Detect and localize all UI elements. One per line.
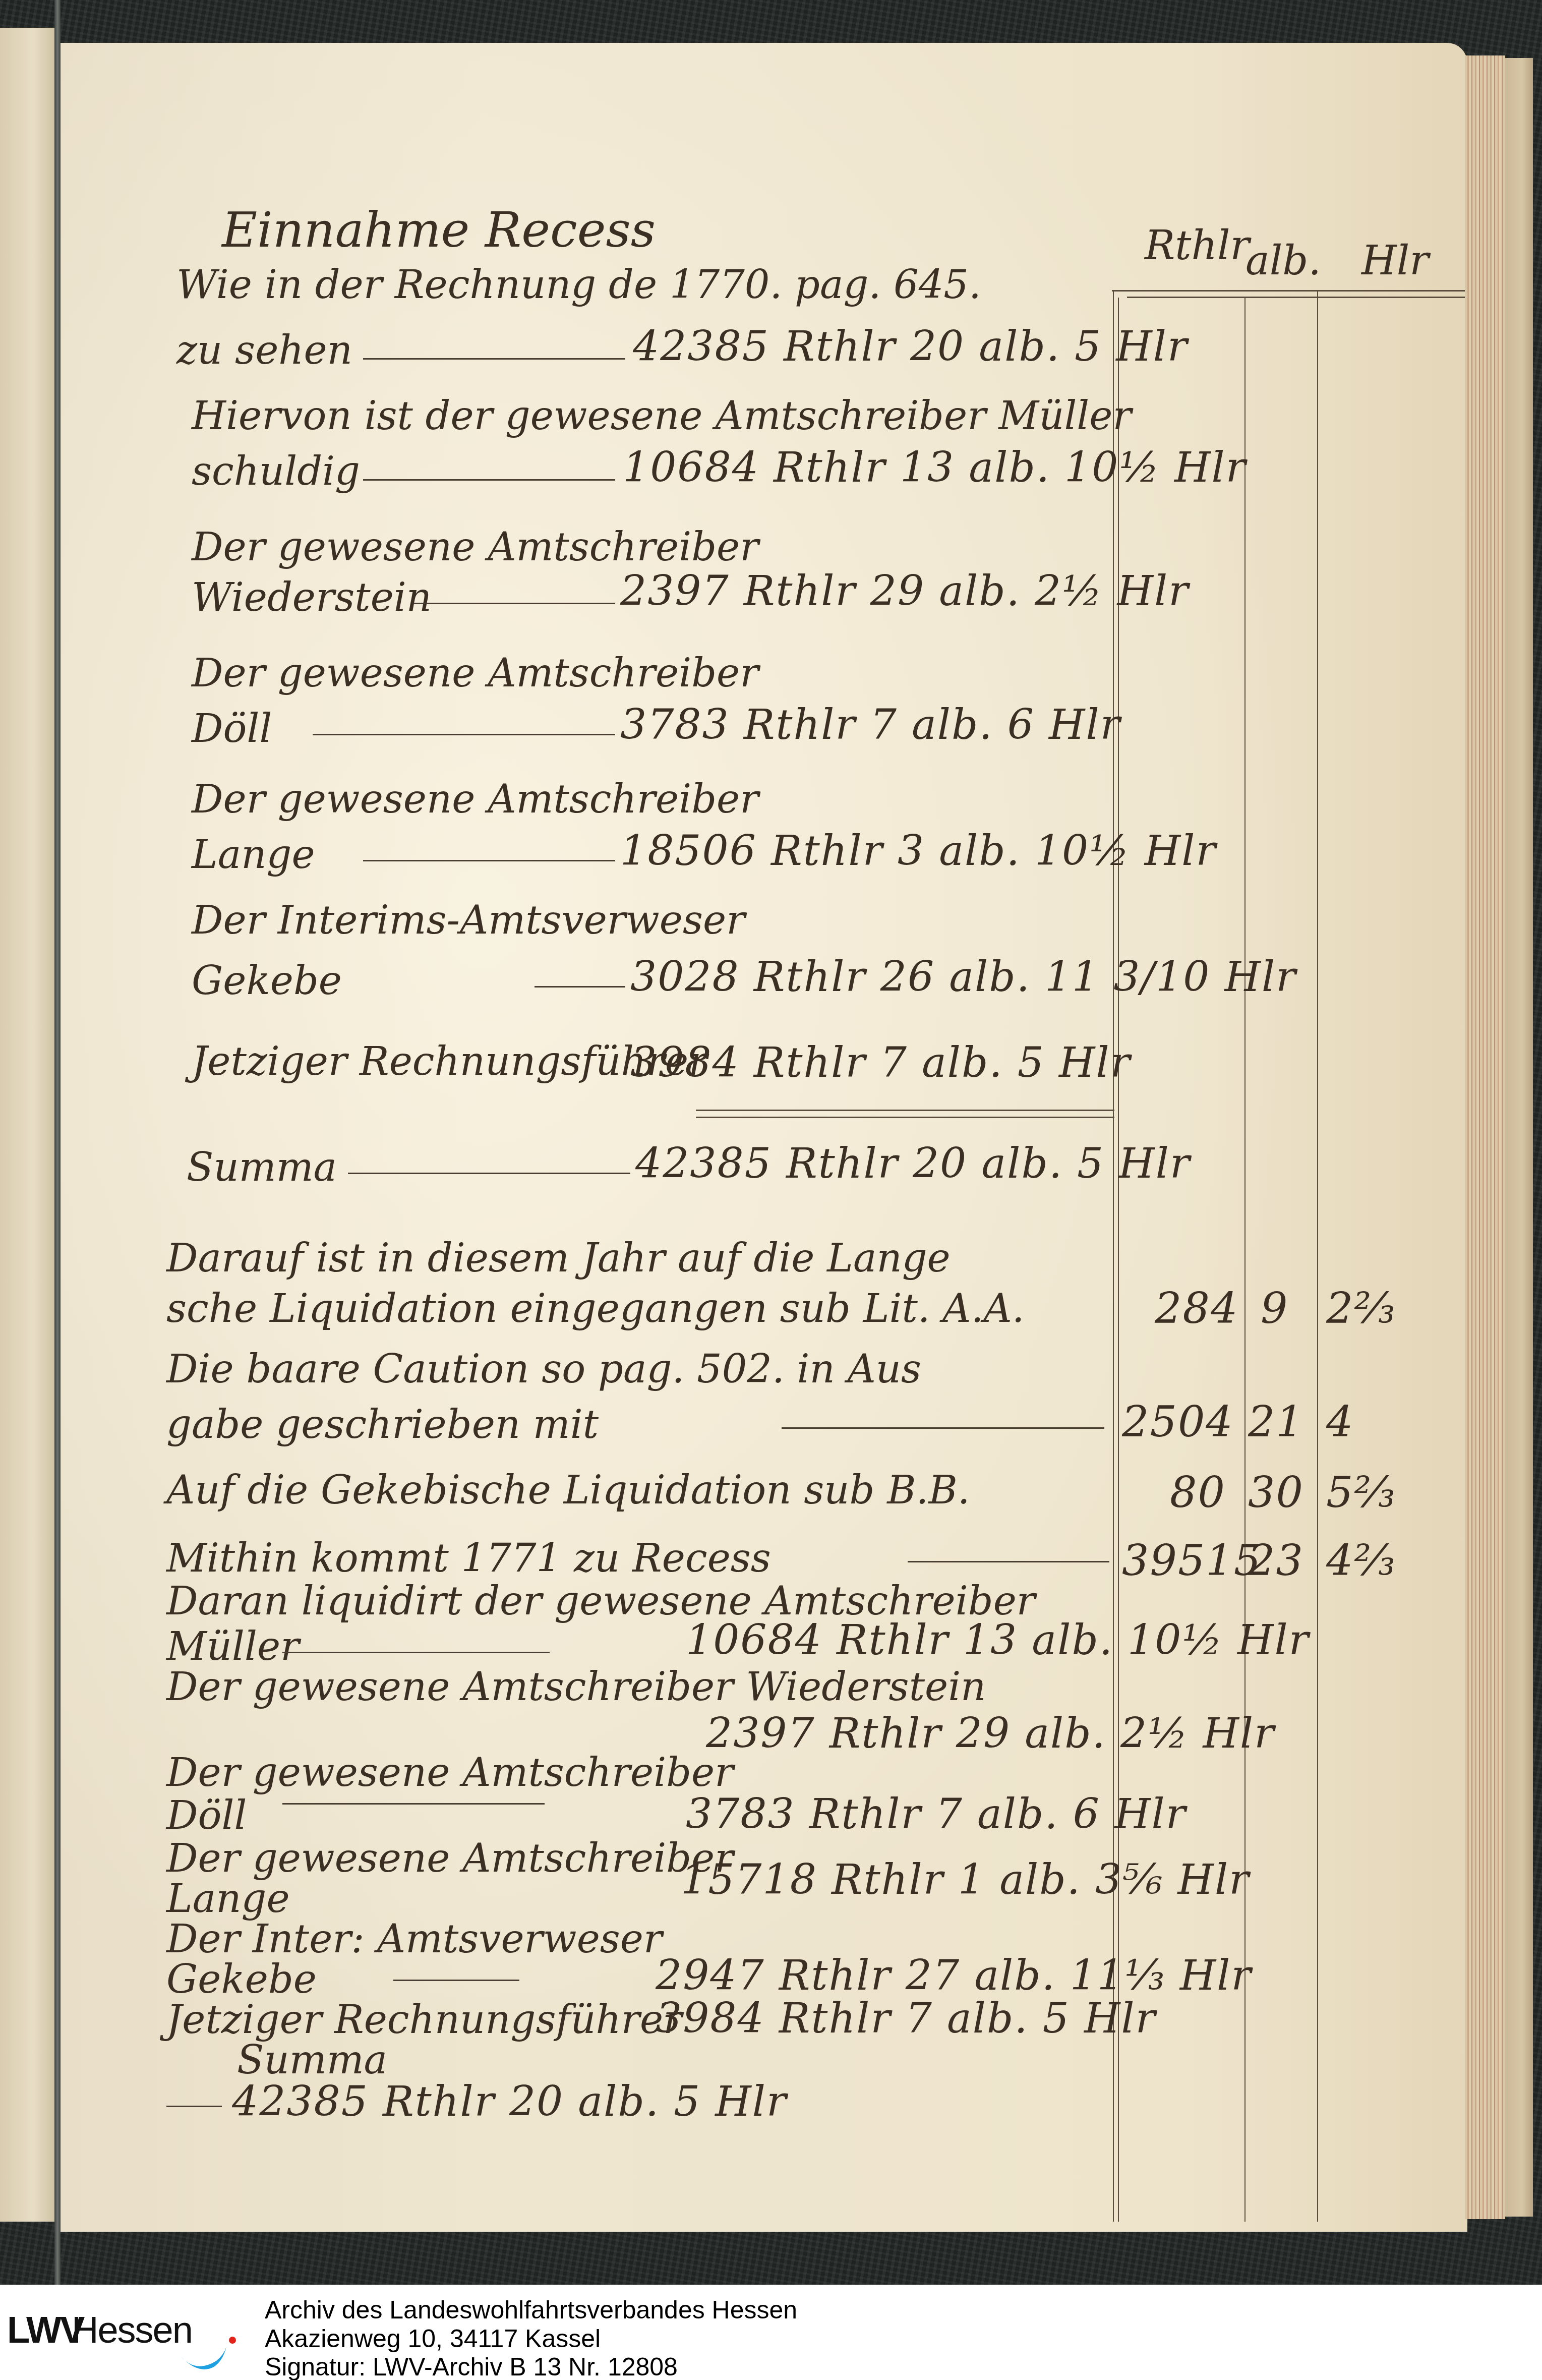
archive-address: Akazienweg 10, 34117 Kassel: [265, 2326, 601, 2351]
column-header-rthlr: Rthlr: [1145, 222, 1250, 269]
entry-amount: 3984 Rthlr 7 alb. 5 Hlr: [630, 1039, 1131, 1087]
rthlr-value: 80: [1170, 1468, 1226, 1517]
entry-amount: 3028 Rthlr 26 alb. 11 3/10 Hlr: [630, 953, 1296, 1001]
logo-red-dot-icon: [229, 2337, 236, 2344]
entry-text: schuldig: [192, 449, 360, 494]
logo-text-light: Hessen: [72, 2308, 192, 2351]
entry-text: Wie in der Rechnung de 1770. pag. 645.: [176, 262, 981, 308]
summa-label: Summa: [237, 2038, 387, 2083]
entry-amount: 3984 Rthlr 7 alb. 5 Hlr: [656, 1995, 1156, 2043]
leader-line: [282, 1652, 550, 1653]
entry-text: Der Interims-Amtsverweser: [192, 898, 745, 943]
rthlr-value: 39515: [1122, 1536, 1262, 1585]
leader-line: [363, 479, 615, 481]
archive-signature: Signatur: LWV-Archiv B 13 Nr. 12808: [265, 2354, 678, 2379]
leader-line: [393, 1980, 519, 1981]
entry-text: Der gewesene Amtschreiber: [192, 525, 759, 570]
column-rule-hlr: [1317, 290, 1318, 2222]
entry-text: Der Inter: Amtsverweser: [166, 1917, 662, 1962]
entry-text: Lange: [192, 832, 315, 878]
entry-amount: 2947 Rthlr 27 alb. 11⅓ Hlr: [656, 1952, 1252, 2000]
entry-text: Die baare Caution so pag. 502. in Aus: [166, 1347, 921, 1392]
logo-swoosh-icon: [179, 2346, 229, 2372]
leader-line: [166, 2106, 222, 2107]
entry-text: Müller: [166, 1624, 299, 1669]
entry-amount: 18506 Rthlr 3 alb. 10½ Hlr: [620, 827, 1217, 875]
entry-amount: 2397 Rthlr 29 alb. 2½ Hlr: [706, 1710, 1275, 1758]
entry-text: Lange: [166, 1876, 290, 1922]
entry-text: Der gewesene Amtschreiber: [192, 777, 759, 822]
leader-line: [363, 358, 625, 360]
leader-line: [282, 1803, 545, 1805]
lwv-hessen-logo: LWV Hessen: [7, 2297, 244, 2373]
leader-line: [782, 1427, 1104, 1429]
leader-line: [363, 860, 615, 861]
alb-value: 21: [1248, 1397, 1304, 1446]
entry-text: sche Liquidation eingegangen sub Lit. A.…: [166, 1286, 1025, 1331]
rthlr-value: 2504: [1122, 1397, 1234, 1446]
header-rule-2: [1127, 297, 1465, 298]
column-header-hlr: Hlr: [1361, 237, 1429, 284]
entry-text: Döll: [192, 706, 272, 751]
entry-text: Darauf ist in diesem Jahr auf die Lange: [166, 1236, 951, 1281]
header-rule: [1112, 290, 1465, 292]
alb-value: 23: [1248, 1536, 1304, 1585]
entry-text: Der gewesene Amtschreiber Wiederstein: [166, 1664, 986, 1710]
page-heading: Einnahme Recess: [222, 202, 656, 258]
entry-amount: 3783 Rthlr 7 alb. 6 Hlr: [620, 701, 1121, 749]
entry-text: Der gewesene Amtschreiber: [166, 1750, 734, 1795]
rthlr-value: 284: [1155, 1284, 1238, 1333]
leader-line: [908, 1561, 1109, 1562]
entry-amount: 10684 Rthlr 13 alb. 10½ Hlr: [686, 1616, 1310, 1664]
hlr-value: 4: [1326, 1397, 1354, 1446]
entry-text: Auf die Gekebische Liquidation sub B.B.: [166, 1468, 970, 1513]
alb-value: 30: [1248, 1468, 1304, 1517]
previous-page-edge: [0, 28, 55, 2222]
summa-amount: 42385 Rthlr 20 alb. 5 Hlr: [635, 1140, 1191, 1188]
entry-amount: 42385 Rthlr 20 alb. 5 Hlr: [633, 323, 1188, 371]
hlr-value: 2⅔: [1326, 1284, 1396, 1333]
entry-text: gabe geschrieben mit: [166, 1402, 599, 1447]
entry-text: Jetziger Rechnungsführer: [166, 1997, 682, 2043]
entry-text: Gekebe: [192, 958, 342, 1004]
entry-text: zu sehen: [176, 328, 352, 373]
entry-text: Wiederstein: [192, 575, 432, 620]
page-stack-edges: [1465, 55, 1505, 2219]
sum-rule-2: [696, 1117, 1114, 1118]
entry-amount: 10684 Rthlr 13 alb. 10½ Hlr: [623, 444, 1247, 492]
entry-text: Mithin kommt 1771 zu Recess: [166, 1536, 771, 1581]
hlr-value: 4⅔: [1326, 1536, 1396, 1585]
sum-rule: [696, 1110, 1114, 1111]
entry-amount: 2397 Rthlr 29 alb. 2½ Hlr: [620, 567, 1190, 615]
leader-line: [348, 1173, 630, 1174]
entry-text: Der gewesene Amtschreiber: [192, 651, 759, 696]
leader-line: [313, 734, 615, 735]
hlr-value: 5⅔: [1326, 1468, 1396, 1517]
alb-value: 9: [1261, 1284, 1288, 1333]
entry-text: Gekebe: [166, 1957, 317, 2002]
book-cover-edge: [1505, 58, 1533, 2217]
entry-text: Döll: [166, 1793, 247, 1838]
book-gutter: [54, 0, 61, 2285]
archive-name: Archiv des Landeswohlfahrtsverbandes Hes…: [265, 2297, 797, 2323]
leader-line: [413, 603, 615, 604]
summa-amount: 42385 Rthlr 20 alb. 5 Hlr: [232, 2078, 787, 2126]
column-rule-alb: [1244, 298, 1246, 2222]
summa-label: Summa: [187, 1145, 337, 1190]
entry-amount: 3783 Rthlr 7 alb. 6 Hlr: [686, 1790, 1187, 1838]
entry-text: Hiervon ist der gewesene Amtschreiber Mü…: [192, 393, 1132, 439]
entry-amount: 15718 Rthlr 1 alb. 3⅚ Hlr: [681, 1856, 1250, 1904]
column-header-alb: alb.: [1246, 237, 1321, 284]
entry-text: Der gewesene Amtschreiber: [166, 1836, 734, 1881]
leader-line: [535, 986, 625, 988]
